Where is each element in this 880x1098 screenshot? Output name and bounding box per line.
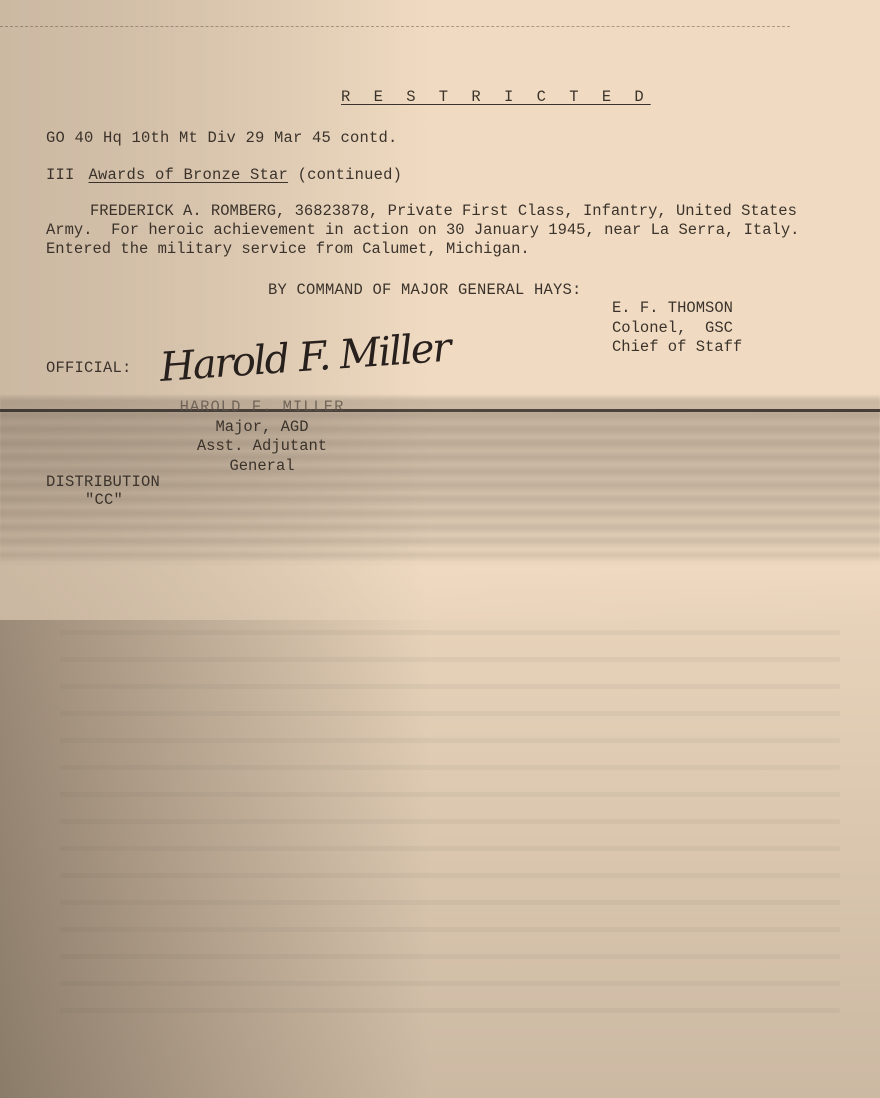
adjutant-title: Asst. Adjutant General <box>162 437 362 476</box>
chief-of-staff-block: E. F. THOMSON Colonel, GSC Chief of Staf… <box>612 299 742 358</box>
distribution-code: "CC" <box>85 491 123 509</box>
citation-line: FREDERICK A. ROMBERG, 36823878, Private … <box>46 202 836 221</box>
adjutant-rank: Major, AGD <box>162 418 362 438</box>
citation-line: Army. For heroic achievement in action o… <box>46 221 836 240</box>
chief-of-staff-name: E. F. THOMSON <box>612 299 742 319</box>
citation-paragraph: FREDERICK A. ROMBERG, 36823878, Private … <box>46 202 836 259</box>
citation-line: Entered the military service from Calume… <box>46 240 836 259</box>
section-heading: IIIAwards of Bronze Star (continued) <box>46 166 402 184</box>
order-reference: GO 40 Hq 10th Mt Div 29 Mar 45 contd. <box>46 129 398 147</box>
chief-of-staff-rank: Colonel, GSC <box>612 319 742 339</box>
chief-of-staff-title: Chief of Staff <box>612 338 742 358</box>
distribution-label: DISTRIBUTION <box>46 473 160 491</box>
section-title: Awards of Bronze Star <box>89 166 289 184</box>
command-line: BY COMMAND OF MAJOR GENERAL HAYS: <box>268 281 582 299</box>
fold-crease <box>0 409 880 412</box>
official-label: OFFICIAL: <box>46 359 132 377</box>
section-suffix: (continued) <box>298 166 403 184</box>
classification-heading: R E S T R I C T E D <box>341 88 651 106</box>
adjutant-name: HAROLD F. MILLER <box>162 398 362 418</box>
bleed-through-text <box>60 630 840 1035</box>
adjutant-block: HAROLD F. MILLER Major, AGD Asst. Adjuta… <box>162 398 362 476</box>
top-edge-line <box>0 26 790 27</box>
section-number: III <box>46 166 75 184</box>
